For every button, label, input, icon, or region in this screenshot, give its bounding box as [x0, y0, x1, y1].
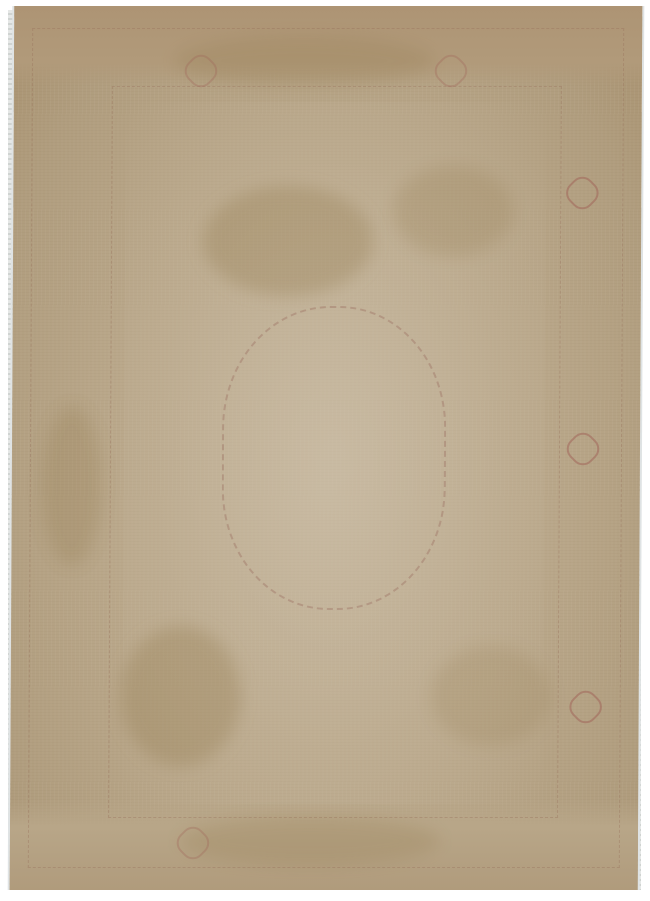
rug-center-medallion: [221, 306, 447, 610]
worn-patch: [203, 186, 374, 296]
worn-patch: [393, 166, 513, 256]
rug: [10, 6, 643, 890]
worn-patch: [430, 646, 551, 746]
worn-patch: [180, 816, 440, 866]
worn-patch: [120, 626, 241, 766]
photo-canvas: [0, 0, 650, 901]
